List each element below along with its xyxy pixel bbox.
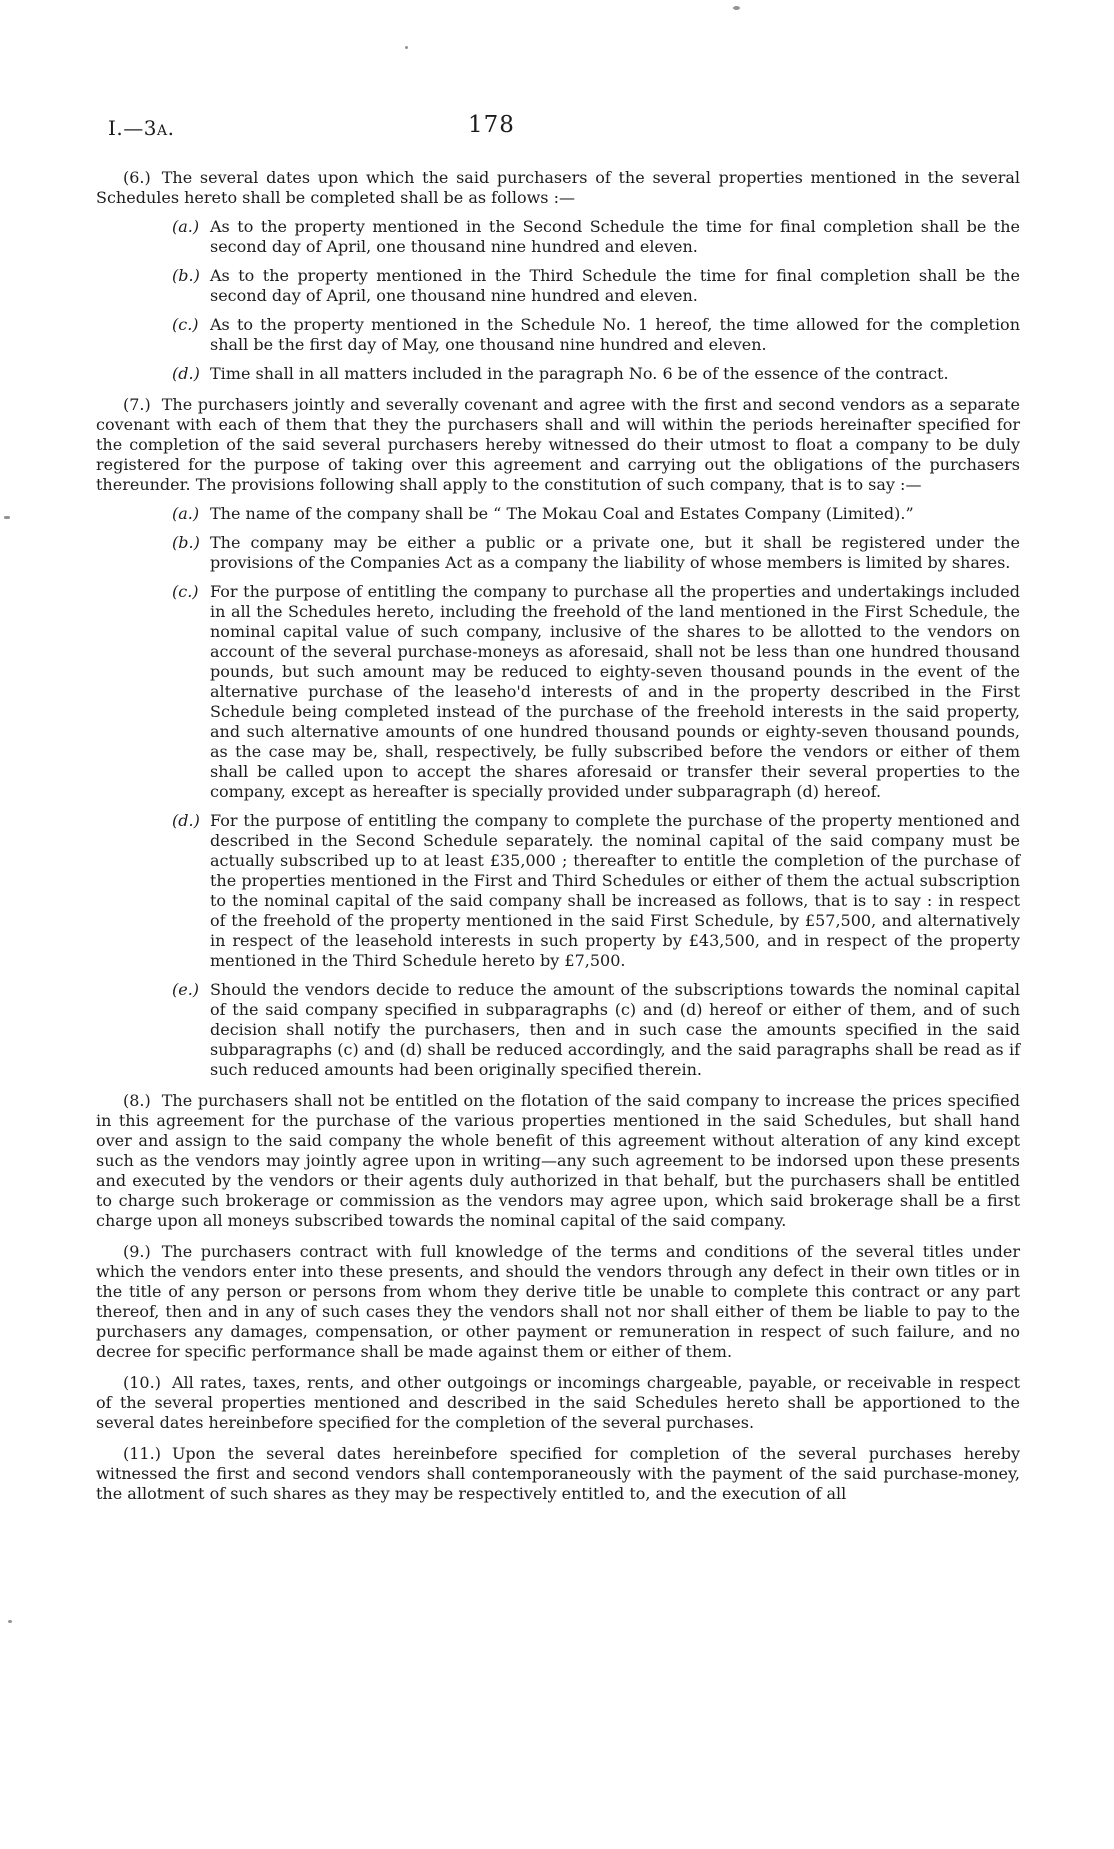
scan-speck [405, 46, 408, 49]
paragraph-6-text: The several dates upon which the said pu… [96, 168, 1020, 207]
paragraph-10-number: (10.) [123, 1373, 172, 1392]
paragraph-9: (9.)The purchasers contract with full kn… [96, 1242, 1020, 1362]
subparagraph-7d-label: (d.) [172, 811, 200, 831]
paragraph-8: (8.)The purchasers shall not be entitled… [96, 1091, 1020, 1231]
page-number: 178 [468, 112, 515, 138]
subparagraph-6a-text: As to the property mentioned in the Seco… [210, 217, 1020, 256]
subparagraph-7c-text: For the purpose of entitling the company… [210, 582, 1020, 801]
subparagraph-6d-text: Time shall in all matters included in th… [210, 364, 949, 383]
paragraph-7-number: (7.) [123, 395, 162, 414]
subparagraph-6c-text: As to the property mentioned in the Sche… [210, 315, 1020, 354]
scan-speck [4, 516, 10, 519]
subparagraph-6c: (c.)As to the property mentioned in the … [96, 315, 1020, 355]
subparagraph-6d: (d.)Time shall in all matters included i… [96, 364, 1020, 384]
subparagraph-6a-label: (a.) [172, 217, 199, 237]
paragraph-11-number: (11.) [123, 1444, 172, 1463]
subparagraph-6d-label: (d.) [172, 364, 200, 384]
subparagraph-7b-label: (b.) [172, 533, 200, 553]
subparagraph-7d-text: For the purpose of entitling the company… [210, 811, 1020, 970]
paragraph-11-text: Upon the several dates hereinbefore spec… [96, 1444, 1020, 1503]
paragraph-7: (7.)The purchasers jointly and severally… [96, 395, 1020, 495]
paragraph-9-text: The purchasers contract with full knowle… [96, 1242, 1020, 1361]
subparagraph-7d: (d.)For the purpose of entitling the com… [96, 811, 1020, 971]
subparagraph-7a-text: The name of the company shall be “ The M… [210, 504, 914, 523]
subparagraph-6c-label: (c.) [172, 315, 199, 335]
subparagraph-7e: (e.)Should the vendors decide to reduce … [96, 980, 1020, 1080]
paragraph-10: (10.)All rates, taxes, rents, and other … [96, 1373, 1020, 1433]
subparagraph-7e-label: (e.) [172, 980, 199, 1000]
paragraph-9-number: (9.) [123, 1242, 162, 1261]
subparagraph-7c-label: (c.) [172, 582, 199, 602]
paragraph-11: (11.)Upon the several dates hereinbefore… [96, 1444, 1020, 1504]
document-body: (6.)The several dates upon which the sai… [96, 168, 1020, 1504]
section-label: I.—3a. [108, 116, 174, 140]
subparagraph-6b: (b.)As to the property mentioned in the … [96, 266, 1020, 306]
subparagraph-6b-text: As to the property mentioned in the Thir… [210, 266, 1020, 305]
paragraph-7-text: The purchasers jointly and severally cov… [96, 395, 1020, 494]
paragraph-8-number: (8.) [123, 1091, 162, 1110]
subparagraph-6a: (a.)As to the property mentioned in the … [96, 217, 1020, 257]
paragraph-8-text: The purchasers shall not be entitled on … [96, 1091, 1020, 1230]
subparagraph-7a: (a.)The name of the company shall be “ T… [96, 504, 1020, 524]
paragraph-6-number: (6.) [123, 168, 162, 187]
subparagraph-6b-label: (b.) [172, 266, 200, 286]
subparagraph-7e-text: Should the vendors decide to reduce the … [210, 980, 1020, 1079]
paragraph-6: (6.)The several dates upon which the sai… [96, 168, 1020, 208]
scan-speck [8, 1620, 12, 1623]
paragraph-10-text: All rates, taxes, rents, and other outgo… [96, 1373, 1020, 1432]
document-page: I.—3a. 178 (6.)The several dates upon wh… [0, 0, 1114, 1849]
subparagraph-7b: (b.)The company may be either a public o… [96, 533, 1020, 573]
subparagraph-7b-text: The company may be either a public or a … [210, 533, 1020, 572]
subparagraph-7c: (c.)For the purpose of entitling the com… [96, 582, 1020, 802]
scan-speck [733, 6, 740, 10]
subparagraph-7a-label: (a.) [172, 504, 199, 524]
